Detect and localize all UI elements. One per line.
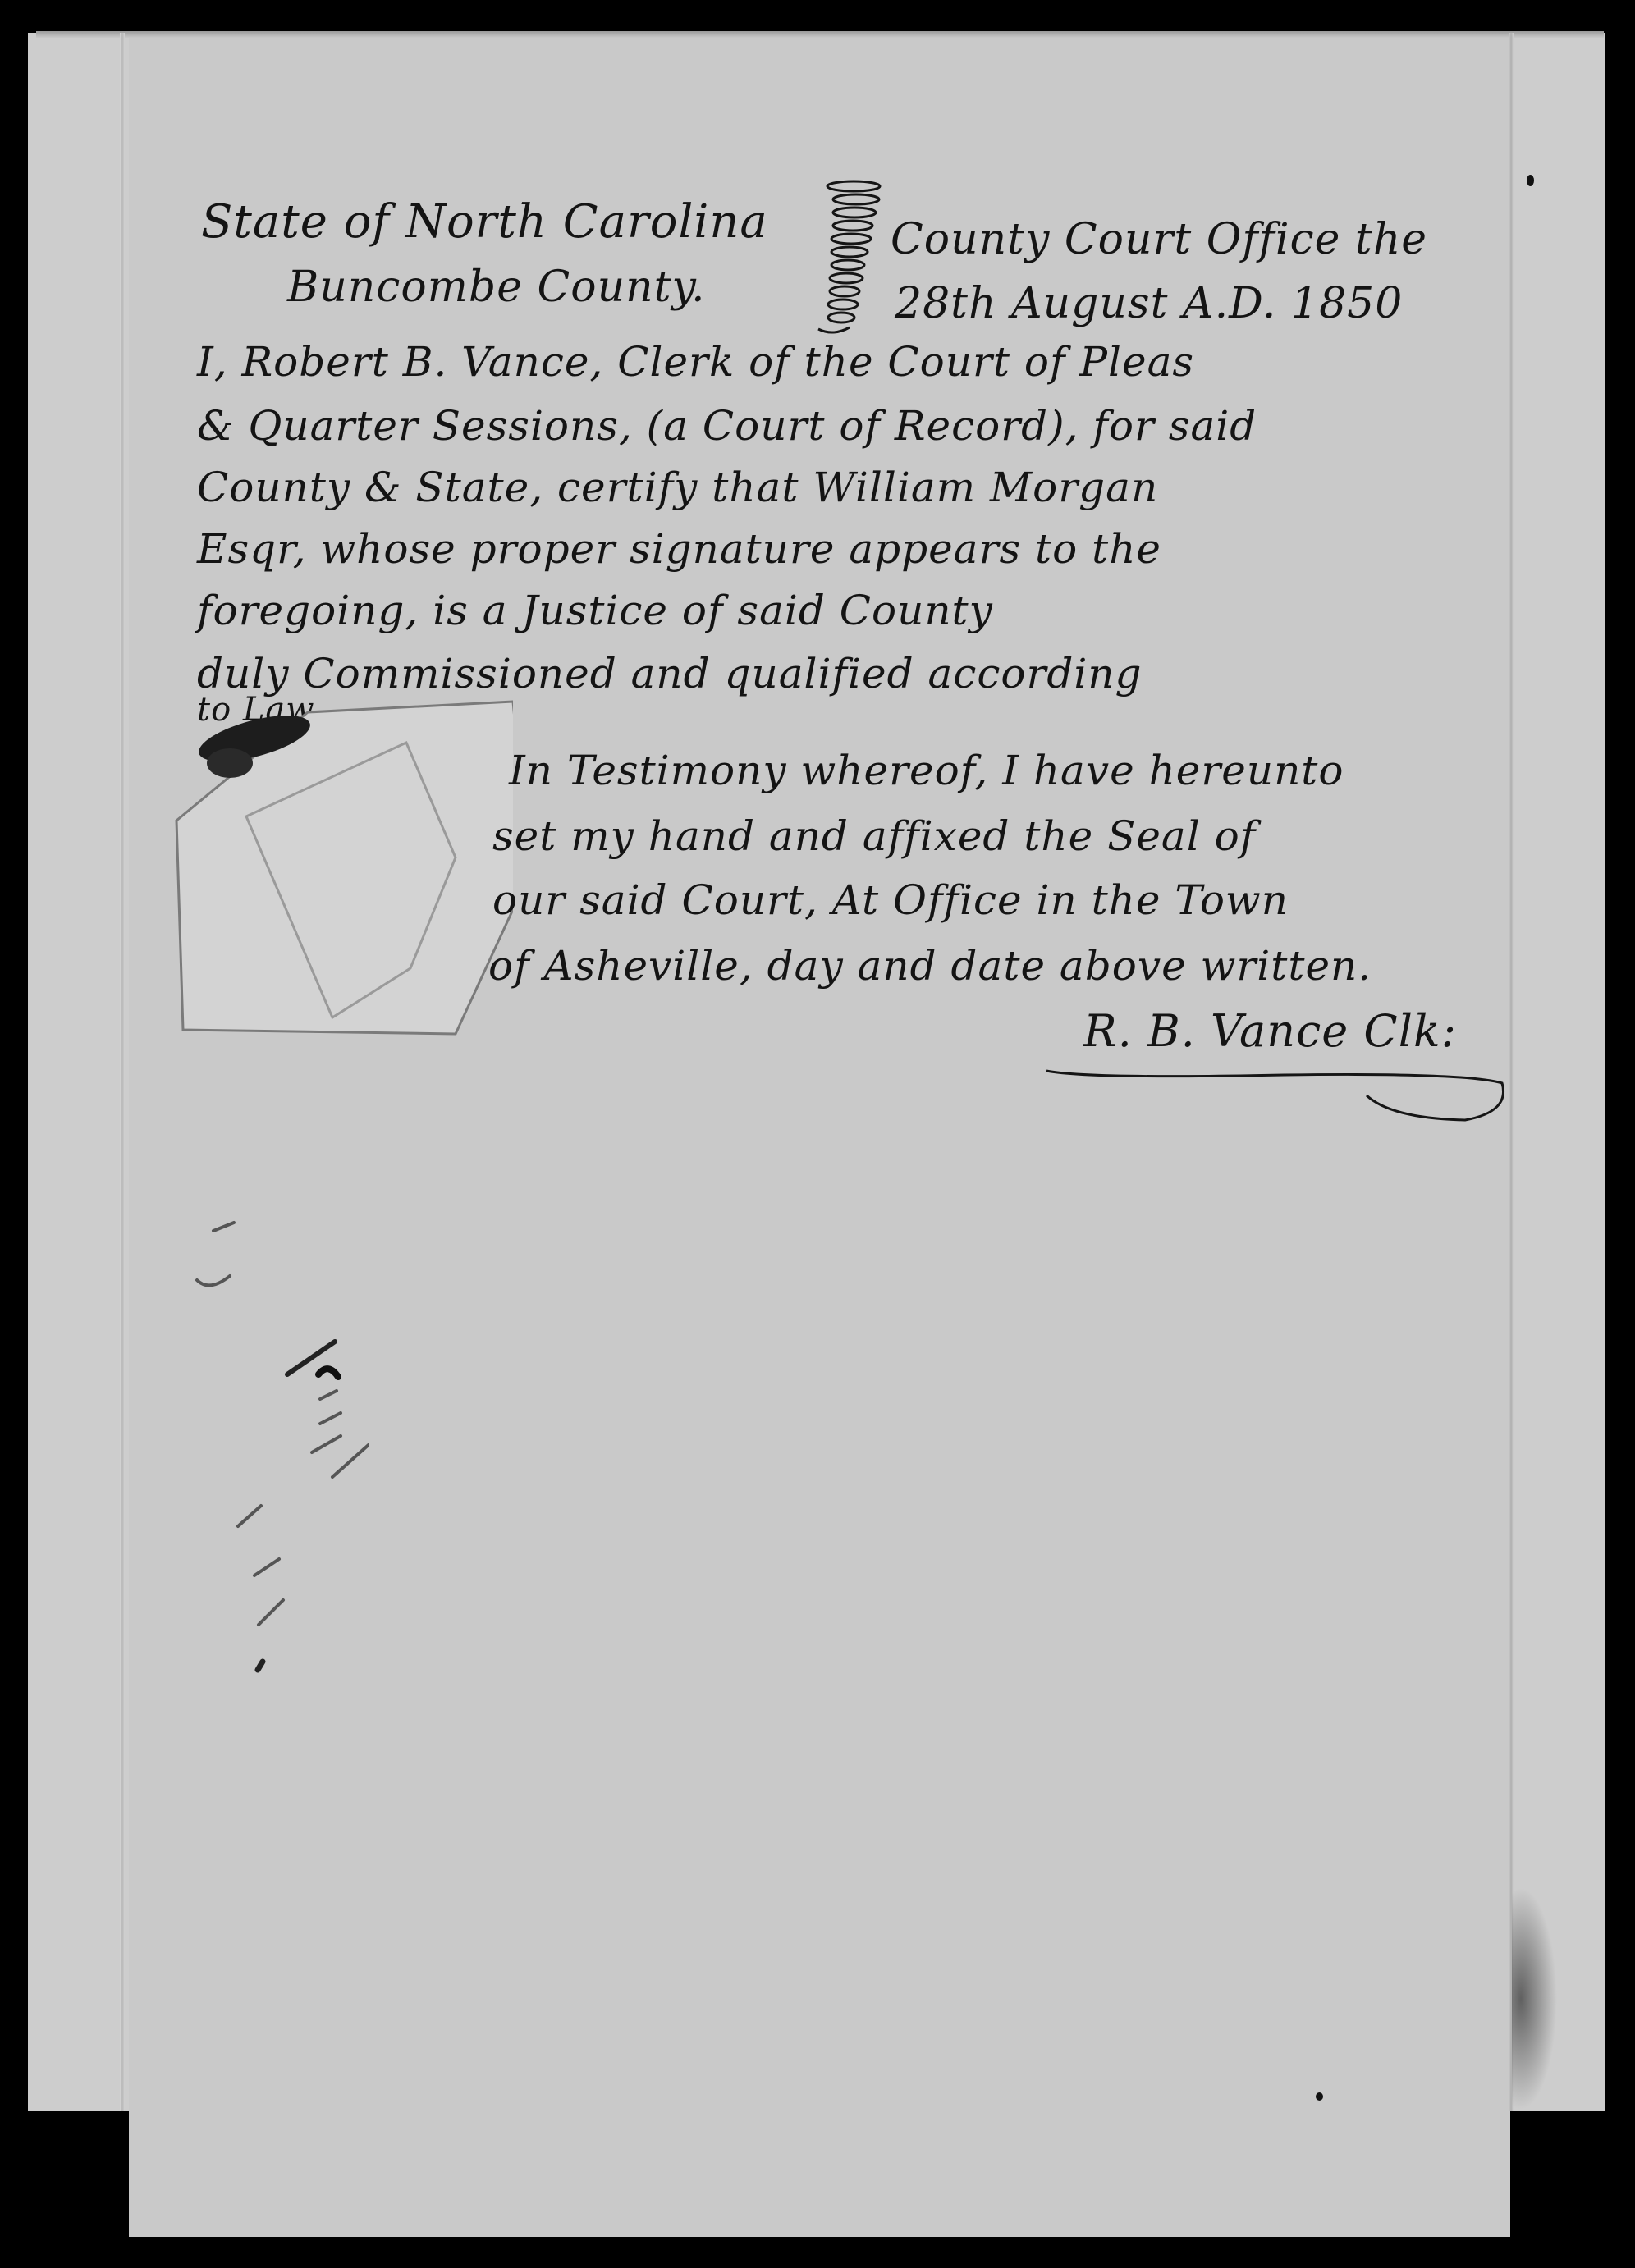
body-line-5: foregoing, is a Justice of said County [197, 587, 993, 634]
paper-seal-icon [168, 697, 513, 1042]
testimony-line-4: of Asheville, day and date above written… [488, 942, 1372, 990]
testimony-line-1: In Testimony whereof, I have hereunto [509, 747, 1344, 794]
page-curl-shadow [1512, 1887, 1557, 2110]
heading-right-line1: County Court Office the [891, 215, 1427, 264]
testimony-line-2: set my hand and affixed the Seal of [492, 812, 1256, 860]
body-line-3: County & State, certify that William Mor… [197, 464, 1158, 511]
ink-dot [1316, 2092, 1323, 2101]
testimony-line-3: our said Court, At Office in the Town [492, 876, 1289, 924]
marginal-pencil-marks [189, 1198, 369, 1674]
signature-flourish-icon [1038, 1022, 1514, 1128]
heading-left-line2: Buncombe County. [287, 263, 706, 312]
heading-right-line2: 28th August A.D. 1850 [895, 279, 1403, 328]
scroll-bracket-icon [817, 176, 882, 336]
ink-spot [1527, 175, 1534, 186]
heading-left-line1: State of North Carolina [201, 195, 768, 249]
paper-top-edge [36, 31, 1604, 38]
body-line-1: I, Robert B. Vance, Clerk of the Court o… [197, 338, 1194, 386]
left-fold-line [120, 33, 125, 2111]
body-line-2: & Quarter Sessions, (a Court of Record),… [197, 402, 1257, 450]
body-line-6: duly Commissioned and qualified accordin… [197, 650, 1143, 697]
body-line-4: Esqr, whose proper signature appears to … [197, 525, 1161, 573]
